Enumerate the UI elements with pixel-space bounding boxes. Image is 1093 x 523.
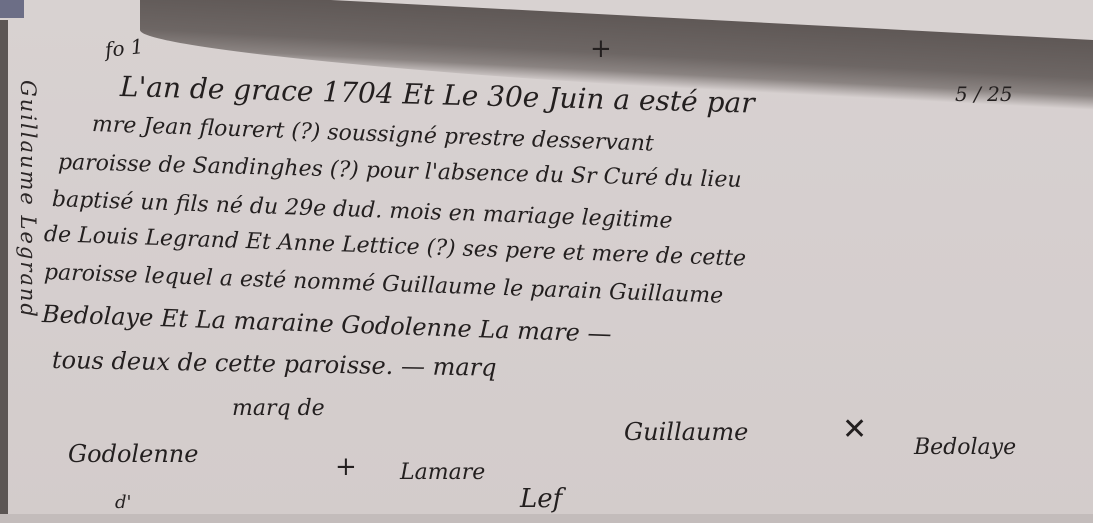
signature-bedolaye: Bedolaye	[914, 435, 1016, 460]
entry-number: 5 / 25	[955, 82, 1013, 106]
entry-line-2: mre Jean flourert (?) soussigné prestre …	[92, 112, 655, 157]
margin-note: Guillaume Legrand	[10, 80, 40, 410]
mark-label: marq de	[232, 396, 325, 421]
cross-mark-icon: +	[335, 452, 357, 482]
signature-lamare: Lamare	[400, 460, 485, 485]
entry-line-6: paroisse lequel a esté nommé Guillaume l…	[44, 260, 724, 309]
binding-spine	[0, 20, 8, 523]
bottom-fragment: d'	[115, 492, 131, 513]
folio-label: fo 1	[104, 34, 145, 62]
entry-line-8: tous deux de cette paroisse. — marq	[52, 346, 497, 382]
top-cross-icon: +	[590, 34, 612, 64]
scan-bottom-strip	[0, 514, 1093, 523]
manuscript-page: Guillaume Legrand fo 1 + 5 / 25 L'an de …	[0, 0, 1093, 523]
bottom-fragment: Lef	[520, 484, 562, 514]
entry-line-7: Bedolaye Et La maraine Godolenne La mare…	[42, 300, 612, 348]
corner-tab	[0, 0, 24, 18]
entry-line-3: paroisse de Sandinghes (?) pour l'absenc…	[58, 150, 742, 193]
signature-godolenne: Godolenne	[68, 440, 198, 468]
cross-mark-icon: ✕	[842, 412, 867, 447]
signature-guillaume: Guillaume	[624, 418, 748, 446]
